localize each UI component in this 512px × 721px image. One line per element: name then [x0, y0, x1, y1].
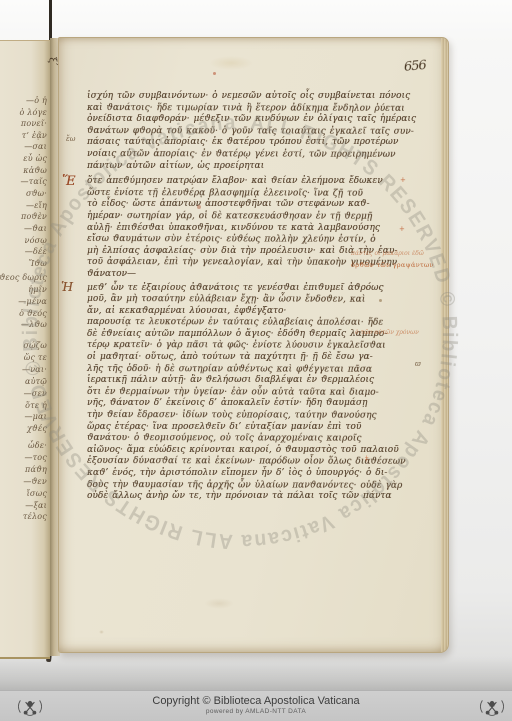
- margin-note: ϖ: [415, 360, 421, 368]
- manuscript-line: τὸ εἶδος· ὥστε ἁπάντων ἀποστεφϑῆναι τῶν …: [87, 199, 365, 211]
- paragraph-initial: Ἡ: [61, 280, 73, 294]
- manuscript-line: δοὺς τὴν ϑαυμασίαν τῆς ἀρχῆς ὧν ὑλαίων π…: [87, 480, 365, 492]
- verso-line-fragment: σῴζω: [23, 341, 47, 350]
- manuscript-text-block: ἰσχύη τῶν συμβαινόντων· ὁ νεμεσῶν αὐτοῖς…: [87, 91, 369, 503]
- manuscript-line: ἡμέραν· σωτηρίαν γάρ, οἱ δὲ κατεσκευάσϑη…: [87, 211, 365, 223]
- manuscript-line: πάντων αὐτῶν αἰτίων, ὡς προείρηται: [87, 161, 365, 173]
- manuscript-line: ϑανάτου· ὁ ϑεομισούμενος, οὐ τοῖς ἀναρχο…: [87, 433, 365, 445]
- verso-line-fragment: κἀϑω: [23, 166, 47, 175]
- margin-note: +: [399, 225, 405, 233]
- manuscript-line: ἄν, αἱ κεκαϑαρμέναι λύουσαι, ἐφϑέγξατο·: [87, 306, 365, 318]
- verso-line-fragment: ὁ λόγε: [19, 108, 47, 117]
- manuscript-line: τὴν ϑείαν ἔδρασεν· ἰδίων τοὺς εὐπορίσαις…: [87, 410, 365, 422]
- left-page-edge: —ὁ ἦὁ λόγεπονεῖ·τ’ ἐᾷν—σαιεὖ ὡςκἀϑω—ταῖς…: [0, 40, 50, 659]
- manuscript-line: λῆς τῆς ὁδοῦ· ἡ δὲ σωτηρίαν αὐϑέντως καὶ…: [87, 364, 365, 376]
- manuscript-line: μὴ ἐλπίσας ἀσφαλείας· σὺν διὰ τὴν προέλε…: [87, 246, 365, 258]
- verso-line-fragment: πονεῖ·: [21, 119, 47, 128]
- manuscript-line: ϑανάτων φϑορὰ τοῦ κακοῦ· ὁ γοῦν ταῖς τοι…: [87, 126, 365, 138]
- manuscript-page: 656 ἰσχύη τῶν συμβαινόντων· ὁ νεμεσῶν αὐ…: [58, 37, 449, 653]
- manuscript-line: οὐδὲ ἄλλως ἀνὴρ ὤν τε, τὴν πρόνοιαν τὰ π…: [87, 491, 365, 503]
- verso-line-fragment: Ἴϑω: [29, 259, 47, 268]
- manuscript-line: δὲ ἐϑνείαις αὐτῶν παμπόλλων ὁ ἅγιος· ἐδό…: [87, 329, 365, 341]
- manuscript-line: καϑ’ ἑνός, τὴν ἀριστόπολιν εἴπομεν ἦν δ’…: [87, 468, 365, 480]
- verso-line-fragment: —σεν: [24, 389, 47, 398]
- footer-bar: Copyright © Biblioteca Apostolica Vatica…: [0, 690, 512, 721]
- verso-line-fragment: —τος: [24, 453, 47, 462]
- verso-line-fragment: εὖ ὡς: [23, 154, 47, 163]
- margin-note: +: [400, 176, 406, 184]
- manuscript-line: ἰσχύη τῶν συμβαινόντων· ὁ νεμεσῶν αὐτοῖς…: [87, 91, 365, 103]
- manuscript-line: τοῦ ἀσφάλειαν, ἐπὶ τὴν γενεαλογίαν, καὶ …: [87, 257, 365, 269]
- verso-line-fragment: —δέε: [25, 247, 47, 256]
- manuscript-line: ἱερατικῇ πάλιν αὐτῇ· ἂν ϑελήσωσι διαβλέψ…: [87, 375, 365, 387]
- margin-note: πάντες οἱ μακάριοι ἐδῶ: [351, 250, 424, 257]
- verso-line-fragment: ὅτε ἦ: [25, 401, 47, 410]
- verso-line-fragment: ὧδε·: [28, 441, 47, 450]
- stain: [379, 299, 382, 302]
- verso-line-fragment: ἴσως: [27, 489, 47, 498]
- stain: [209, 56, 253, 70]
- verso-line-fragment: αὐτῷ: [25, 377, 47, 386]
- manuscript-line: ὀνείδιστα διαφϑοράν· μέϑεξιν τῶν κινδύνω…: [87, 114, 365, 126]
- verso-line-fragment: ἡμῖν: [28, 285, 47, 294]
- stain: [213, 72, 216, 75]
- verso-line-fragment: ὁ ϑεός: [19, 309, 47, 318]
- scan-shadow: [0, 656, 512, 690]
- stain: [99, 630, 104, 634]
- verso-line-fragment: —εἴη: [26, 201, 47, 210]
- margin-note: ὁ τῶν αὐτῶν χρόνων: [355, 329, 419, 336]
- verso-line-fragment: —ταῖς: [21, 177, 47, 186]
- page-fore-edge: [441, 38, 448, 652]
- verso-line-fragment: —ϑαι: [24, 224, 47, 233]
- verso-line-fragment: —ξαι: [25, 501, 47, 510]
- stain: [204, 598, 234, 609]
- manuscript-line: ὅτι ἐν ϑερμαίνων τὴν ὑγείαν· ἐὰν οὖν αὐτ…: [87, 387, 365, 399]
- margin-note: ‡: [365, 455, 369, 463]
- verso-line-fragment: χϑές: [27, 424, 47, 433]
- scan-background: —ὁ ἦὁ λόγεπονεῖ·τ’ ἐᾷν—σαιεὖ ὡςκἀϑω—ταῖς…: [0, 0, 512, 721]
- manuscript-paragraph: μεϑ’ ὧν τε ἐξαιρίους ἀϑανάτοις τε γενέσϑ…: [87, 283, 369, 503]
- manuscript-line: πάσαις ταύταις ἀπορίαις· ἐκ ϑατέρου τρόπ…: [87, 137, 365, 149]
- verso-line-fragment: ἄϑεος δωρίς: [0, 273, 47, 282]
- manuscript-line: αἰῶνος· ἅμα εὐώδεις κρίνονται καιροί, ὁ …: [87, 445, 365, 457]
- verso-line-fragment: —λϑω: [21, 320, 47, 329]
- manuscript-line: ὥστε ἐνίοτε τῇ ἐλευϑέρᾳ βλασφημίᾳ ἐλεειν…: [87, 188, 365, 200]
- verso-line-fragment: τέλος: [23, 512, 47, 521]
- margin-note: ὀρϑῶν τῶν γραψάντων: [351, 261, 434, 269]
- verso-line-fragment: —ὁ ἦ: [26, 96, 47, 105]
- verso-line-fragment: —σαι: [24, 142, 47, 151]
- manuscript-line: ὥρας ἑτέρας· ἵνα προσελϑεῖν δι’ εὐταξίαν…: [87, 422, 365, 434]
- manuscript-line: οἱ μαϑηταί· οὕτως, ἀπὸ τούτων τὰ παχύτητ…: [87, 352, 365, 364]
- manuscript-line: καὶ ϑανάτοις· ἥδε τιμωρίαν τινὰ ἢ ἕτερον…: [87, 103, 365, 115]
- margin-note: ἔω: [66, 135, 75, 143]
- verso-line-fragment: —μένα: [18, 297, 47, 306]
- paragraph-initial: Ἕ: [62, 174, 75, 189]
- verso-line-fragment: νόσῳ: [25, 236, 47, 245]
- verso-line-fragment: ὥς τε: [24, 353, 47, 362]
- manuscript-line: νῆς, ϑάνατον δ’ ἐκείνοις δ’ ἀποκαλεῖν ἐσ…: [87, 398, 365, 410]
- manuscript-line: ἐξουσίαν δύνασϑαί τε καὶ ἐκείνων· παρόδω…: [87, 456, 365, 468]
- verso-line-fragment: —ναι·: [22, 365, 47, 374]
- verso-line-fragment: ποϑὲν: [21, 212, 47, 221]
- manuscript-line: μεϑ’ ὧν τε ἐξαιρίους ἀϑανάτοις τε γενέσϑ…: [87, 283, 365, 295]
- manuscript-line: νοίαις αὐτῶν ἀπορίαις· ἐν ϑατέρῳ γένει ἐ…: [87, 149, 365, 161]
- manuscript-paragraph: ὅτε ἀπεϑύμησεν πατρῴαν ἔλαβον· καὶ ϑείαν…: [87, 176, 369, 280]
- verso-line-fragment: πάϑη: [25, 465, 47, 474]
- vatican-emblem-icon: [15, 696, 45, 717]
- manuscript-line: ϑάνατον—: [87, 269, 365, 281]
- verso-line-fragment: —ϑεν: [23, 477, 47, 486]
- manuscript-line: αὐλῇ· ἐπιϑέσϑαι ὑπακοϑῆναι, κινδύνου τε …: [87, 223, 365, 235]
- manuscript-line: παρουσίᾳ τε λευκοτέρων ἐν ταύταις εὐλαβε…: [87, 317, 365, 329]
- manuscript-line: τέρῳ κρατεῖν· ὁ γὰρ πᾶσι τὰ φῶς· ἐνίοτε …: [87, 340, 365, 352]
- manuscript-paragraph: ἰσχύη τῶν συμβαινόντων· ὁ νεμεσῶν αὐτοῖς…: [87, 91, 369, 172]
- verso-line-fragment: τ’ ἐᾷν: [22, 131, 47, 140]
- manuscript-line: ὅτε ἀπεϑύμησεν πατρῴαν ἔλαβον· καὶ ϑείαν…: [87, 176, 365, 188]
- quire-mark: ξ΄: [46, 57, 58, 67]
- verso-line-fragment: —μαι: [24, 412, 47, 421]
- vatican-emblem-icon: [477, 696, 507, 717]
- verso-line-fragment: σϑω·: [26, 189, 47, 198]
- folio-number: 656: [403, 58, 426, 75]
- footer-powered-by-text: powered by AMLAD-NTT DATA: [0, 708, 512, 715]
- manuscript-line: μοῦ, ἂν μὴ τοσαύτην εὐλάβειαν ἔχῃ· ἂν ὦσ…: [87, 294, 365, 306]
- manuscript-line: εἴσω ϑαυμάτων σὺν ἑτέροις· εὐϑέως πολλὴν…: [87, 234, 365, 246]
- footer-copyright-text: Copyright © Biblioteca Apostolica Vatica…: [0, 695, 512, 707]
